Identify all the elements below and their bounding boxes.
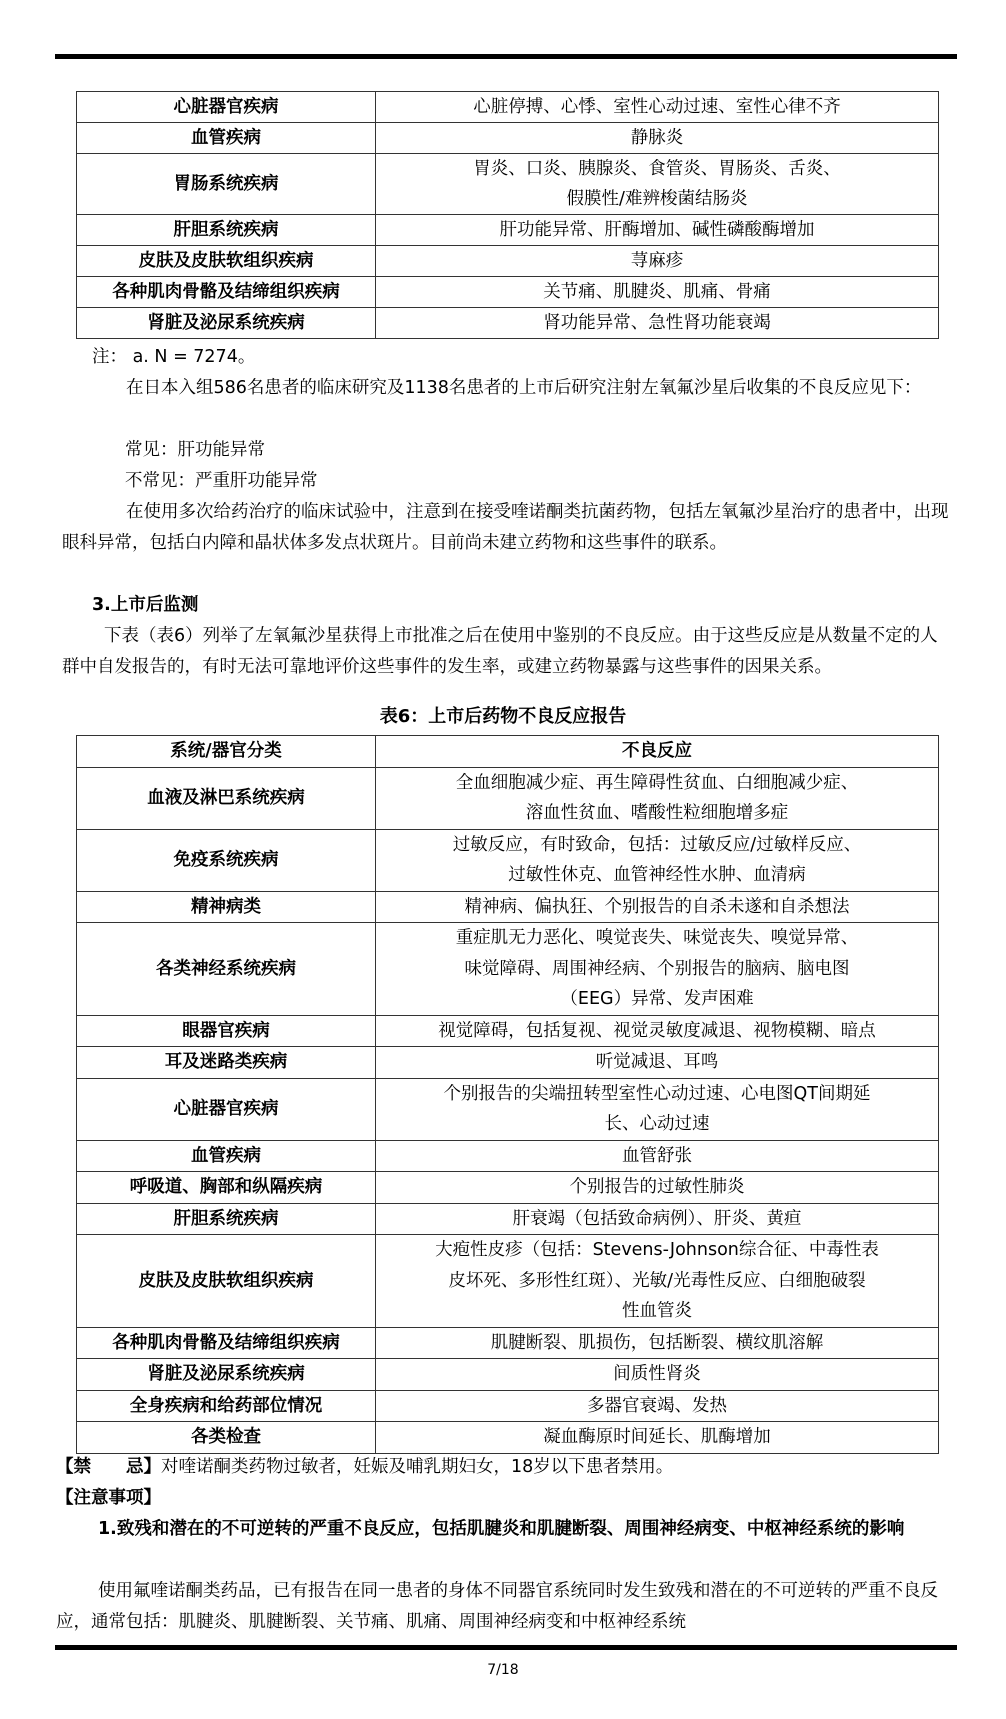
adverse-reaction-list: 重症肌无力恶化、嗅觉丧失、味觉丧失、嗅觉异常、味觉障碍、周围神经病、个别报告的脑… — [376, 923, 939, 1016]
system-organ-class: 呼吸道、胸部和纵隔疾病 — [77, 1172, 376, 1204]
reaction-line: 精神病、偏执狂、个别报告的自杀未遂和自杀想法 — [380, 892, 934, 923]
reaction-line: 过敏性休克、血管神经性水肿、血清病 — [380, 860, 934, 891]
adverse-reaction-list: 静脉炎 — [376, 123, 939, 154]
reaction-line: 荨麻疹 — [380, 246, 934, 276]
reaction-line: 间质性肾炎 — [380, 1359, 934, 1390]
system-organ-class: 肾脏及泌尿系统疾病 — [77, 308, 376, 339]
table-note: 注： a. N = 7274。 — [92, 342, 982, 373]
table-row: 胃肠系统疾病胃炎、口炎、胰腺炎、食管炎、胃肠炎、舌炎、假膜性/难辨梭菌结肠炎 — [77, 154, 939, 215]
table-row: 皮肤及皮肤软组织疾病大疱性皮疹（包括：Stevens-Johnson综合征、中毒… — [77, 1235, 939, 1328]
adverse-reaction-list: 过敏反应，有时致命，包括：过敏反应/过敏样反应、过敏性休克、血管神经性水肿、血清… — [376, 829, 939, 891]
reaction-line: 个别报告的尖端扭转型室性心动过速、心电图QT间期延 — [380, 1079, 934, 1110]
system-organ-class: 各种肌肉骨骼及结缔组织疾病 — [77, 277, 376, 308]
ophthalmic-paragraph: 在使用多次给药治疗的临床试验中，注意到在接受喹诺酮类抗菌药物，包括左氧氟沙星治疗… — [62, 497, 952, 559]
table-row: 耳及迷路类疾病听觉减退、耳鸣 — [77, 1047, 939, 1079]
adverse-reaction-list: 肌腱断裂、肌损伤，包括断裂、横纹肌溶解 — [376, 1327, 939, 1359]
adverse-reaction-list: 精神病、偏执狂、个别报告的自杀未遂和自杀想法 — [376, 891, 939, 923]
adverse-reaction-list: 肝衰竭（包括致命病例）、肝炎、黄疸 — [376, 1203, 939, 1235]
reaction-line: 静脉炎 — [380, 123, 934, 153]
adverse-reaction-list: 心脏停搏、心悸、室性心动过速、室性心律不齐 — [376, 92, 939, 123]
table-row: 肝胆系统疾病肝功能异常、肝酶增加、碱性磷酸酶增加 — [77, 215, 939, 246]
adverse-reaction-list: 肾功能异常、急性肾功能衰竭 — [376, 308, 939, 339]
reaction-line: 多器官衰竭、发热 — [380, 1391, 934, 1422]
table-row: 肾脏及泌尿系统疾病肾功能异常、急性肾功能衰竭 — [77, 308, 939, 339]
system-organ-class: 肝胆系统疾病 — [77, 1203, 376, 1235]
adverse-reaction-list: 个别报告的过敏性肺炎 — [376, 1172, 939, 1204]
table-row: 心脏器官疾病个别报告的尖端扭转型室性心动过速、心电图QT间期延长、心动过速 — [77, 1078, 939, 1140]
contraindications-label: 【禁 忌】 — [56, 1457, 161, 1477]
header-system-organ: 系统/器官分类 — [77, 736, 376, 768]
system-organ-class: 各种肌肉骨骼及结缔组织疾病 — [77, 1327, 376, 1359]
reaction-line: 长、心动过速 — [380, 1109, 934, 1140]
system-organ-class: 免疫系统疾病 — [77, 829, 376, 891]
reaction-line: 肌腱断裂、肌损伤，包括断裂、横纹肌溶解 — [380, 1328, 934, 1359]
reaction-line: 假膜性/难辨梭菌结肠炎 — [380, 184, 934, 214]
system-organ-class: 血管疾病 — [77, 1140, 376, 1172]
reaction-line: 大疱性皮疹（包括：Stevens-Johnson综合征、中毒性表 — [380, 1235, 934, 1266]
section-3-paragraph: 下表（表6）列举了左氧氟沙星获得上市批准之后在使用中鉴别的不良反应。由于这些反应… — [62, 621, 952, 683]
adverse-reaction-list: 胃炎、口炎、胰腺炎、食管炎、胃肠炎、舌炎、假膜性/难辨梭菌结肠炎 — [376, 154, 939, 215]
reaction-line: 过敏反应，有时致命，包括：过敏反应/过敏样反应、 — [380, 830, 934, 861]
table-row: 各类神经系统疾病重症肌无力恶化、嗅觉丧失、味觉丧失、嗅觉异常、味觉障碍、周围神经… — [77, 923, 939, 1016]
table-row: 全身疾病和给药部位情况多器官衰竭、发热 — [77, 1390, 939, 1422]
reaction-line: 全血细胞减少症、再生障碍性贫血、白细胞减少症、 — [380, 768, 934, 799]
header-adverse-reactions: 不良反应 — [376, 736, 939, 768]
table-row: 免疫系统疾病过敏反应，有时致命，包括：过敏反应/过敏样反应、过敏性休克、血管神经… — [77, 829, 939, 891]
table-row: 肾脏及泌尿系统疾病间质性肾炎 — [77, 1359, 939, 1391]
system-organ-class: 眼器官疾病 — [77, 1015, 376, 1047]
adverse-reaction-list: 间质性肾炎 — [376, 1359, 939, 1391]
table-row: 眼器官疾病视觉障碍，包括复视、视觉灵敏度减退、视物模糊、暗点 — [77, 1015, 939, 1047]
adverse-reaction-list: 肝功能异常、肝酶增加、碱性磷酸酶增加 — [376, 215, 939, 246]
contraindications: 【禁 忌】对喹诺酮类药物过敏者，妊娠及哺乳期妇女，18岁以下患者禁用。 — [56, 1452, 946, 1483]
system-organ-class: 血液及淋巴系统疾病 — [77, 767, 376, 829]
reaction-line: 性血管炎 — [380, 1296, 934, 1327]
system-organ-class: 肝胆系统疾病 — [77, 215, 376, 246]
footer-rule — [55, 1645, 957, 1650]
reaction-line: 胃炎、口炎、胰腺炎、食管炎、胃肠炎、舌炎、 — [380, 154, 934, 184]
table-6-postmarketing-reactions: 系统/器官分类 不良反应 血液及淋巴系统疾病全血细胞减少症、再生障碍性贫血、白细… — [76, 735, 939, 1454]
adverse-reaction-list: 听觉减退、耳鸣 — [376, 1047, 939, 1079]
adverse-reaction-list: 荨麻疹 — [376, 246, 939, 277]
reaction-line: 听觉减退、耳鸣 — [380, 1047, 934, 1078]
system-organ-class: 心脏器官疾病 — [77, 1078, 376, 1140]
system-organ-class: 心脏器官疾病 — [77, 92, 376, 123]
adverse-reaction-list: 多器官衰竭、发热 — [376, 1390, 939, 1422]
adverse-reaction-list: 血管舒张 — [376, 1140, 939, 1172]
reaction-line: 重症肌无力恶化、嗅觉丧失、味觉丧失、嗅觉异常、 — [380, 923, 934, 954]
table-row: 血管疾病血管舒张 — [77, 1140, 939, 1172]
reaction-line: 皮坏死、多形性红斑）、光敏/光毒性反应、白细胞破裂 — [380, 1266, 934, 1297]
table-row: 精神病类精神病、偏执狂、个别报告的自杀未遂和自杀想法 — [77, 891, 939, 923]
reaction-line: 味觉障碍、周围神经病、个别报告的脑病、脑电图 — [380, 954, 934, 985]
system-organ-class: 血管疾病 — [77, 123, 376, 154]
table-header-row: 系统/器官分类 不良反应 — [77, 736, 939, 768]
table-row: 各种肌肉骨骼及结缔组织疾病关节痛、肌腱炎、肌痛、骨痛 — [77, 277, 939, 308]
reaction-line: 肝衰竭（包括致命病例）、肝炎、黄疸 — [380, 1204, 934, 1235]
japan-study-paragraph: 在日本入组586名患者的临床研究及1138名患者的上市后研究注射左氧氟沙星后收集… — [62, 373, 952, 404]
reaction-line: 肝功能异常、肝酶增加、碱性磷酸酶增加 — [380, 215, 934, 245]
adverse-reaction-list: 个别报告的尖端扭转型室性心动过速、心电图QT间期延长、心动过速 — [376, 1078, 939, 1140]
table-row: 血液及淋巴系统疾病全血细胞减少症、再生障碍性贫血、白细胞减少症、溶血性贫血、嗜酸… — [77, 767, 939, 829]
table-6-caption: 表6：上市后药物不良反应报告 — [0, 702, 1006, 728]
table-row: 心脏器官疾病心脏停搏、心悸、室性心动过速、室性心律不齐 — [77, 92, 939, 123]
system-organ-class: 精神病类 — [77, 891, 376, 923]
adverse-reaction-list: 全血细胞减少症、再生障碍性贫血、白细胞减少症、溶血性贫血、嗜酸性粒细胞增多症 — [376, 767, 939, 829]
reaction-line: 凝血酶原时间延长、肌酶增加 — [380, 1422, 934, 1453]
reaction-line: 心脏停搏、心悸、室性心动过速、室性心律不齐 — [380, 92, 934, 122]
reaction-line: 关节痛、肌腱炎、肌痛、骨痛 — [380, 277, 934, 307]
system-organ-class: 胃肠系统疾病 — [77, 154, 376, 215]
section-3-heading: 3.上市后监测 — [92, 590, 982, 621]
page-number: 7/18 — [0, 1662, 1006, 1678]
system-organ-class: 各类检查 — [77, 1422, 376, 1454]
precaution-1-heading: 1.致残和潜在的不可逆转的严重不良反应，包括肌腱炎和肌腱断裂、周围神经病变、中枢… — [56, 1514, 952, 1545]
system-organ-class: 皮肤及皮肤软组织疾病 — [77, 1235, 376, 1328]
uncommon-reaction: 不常见：严重肝功能异常 — [125, 466, 1006, 497]
reaction-line: 血管舒张 — [380, 1141, 934, 1172]
adverse-reaction-list: 视觉障碍，包括复视、视觉灵敏度减退、视物模糊、暗点 — [376, 1015, 939, 1047]
reaction-line: 个别报告的过敏性肺炎 — [380, 1172, 934, 1203]
table-row: 肝胆系统疾病肝衰竭（包括致命病例）、肝炎、黄疸 — [77, 1203, 939, 1235]
system-organ-class: 肾脏及泌尿系统疾病 — [77, 1359, 376, 1391]
adverse-reaction-list: 凝血酶原时间延长、肌酶增加 — [376, 1422, 939, 1454]
reaction-line: 溶血性贫血、嗜酸性粒细胞增多症 — [380, 798, 934, 829]
table-row: 呼吸道、胸部和纵隔疾病个别报告的过敏性肺炎 — [77, 1172, 939, 1204]
system-organ-class: 耳及迷路类疾病 — [77, 1047, 376, 1079]
header-rule — [55, 54, 957, 59]
system-organ-class: 各类神经系统疾病 — [77, 923, 376, 1016]
reaction-line: 视觉障碍，包括复视、视觉灵敏度减退、视物模糊、暗点 — [380, 1016, 934, 1047]
system-organ-class: 全身疾病和给药部位情况 — [77, 1390, 376, 1422]
precautions-heading: 【注意事项】 — [56, 1483, 946, 1514]
table-row: 各类检查凝血酶原时间延长、肌酶增加 — [77, 1422, 939, 1454]
reaction-line: 肾功能异常、急性肾功能衰竭 — [380, 308, 934, 338]
system-organ-class: 皮肤及皮肤软组织疾病 — [77, 246, 376, 277]
adverse-reaction-list: 大疱性皮疹（包括：Stevens-Johnson综合征、中毒性表皮坏死、多形性红… — [376, 1235, 939, 1328]
precaution-1-text: 使用氟喹诺酮类药品，已有报告在同一患者的身体不同器官系统同时发生致残和潜在的不可… — [56, 1576, 952, 1638]
table-row: 皮肤及皮肤软组织疾病荨麻疹 — [77, 246, 939, 277]
adverse-reactions-table-continued: 心脏器官疾病心脏停搏、心悸、室性心动过速、室性心律不齐血管疾病静脉炎胃肠系统疾病… — [76, 91, 939, 339]
common-reaction: 常见：肝功能异常 — [125, 435, 1006, 466]
adverse-reaction-list: 关节痛、肌腱炎、肌痛、骨痛 — [376, 277, 939, 308]
reaction-line: （EEG）异常、发声困难 — [380, 984, 934, 1015]
table-row: 各种肌肉骨骼及结缔组织疾病肌腱断裂、肌损伤，包括断裂、横纹肌溶解 — [77, 1327, 939, 1359]
table-row: 血管疾病静脉炎 — [77, 123, 939, 154]
contraindications-text: 对喹诺酮类药物过敏者，妊娠及哺乳期妇女，18岁以下患者禁用。 — [161, 1457, 673, 1477]
